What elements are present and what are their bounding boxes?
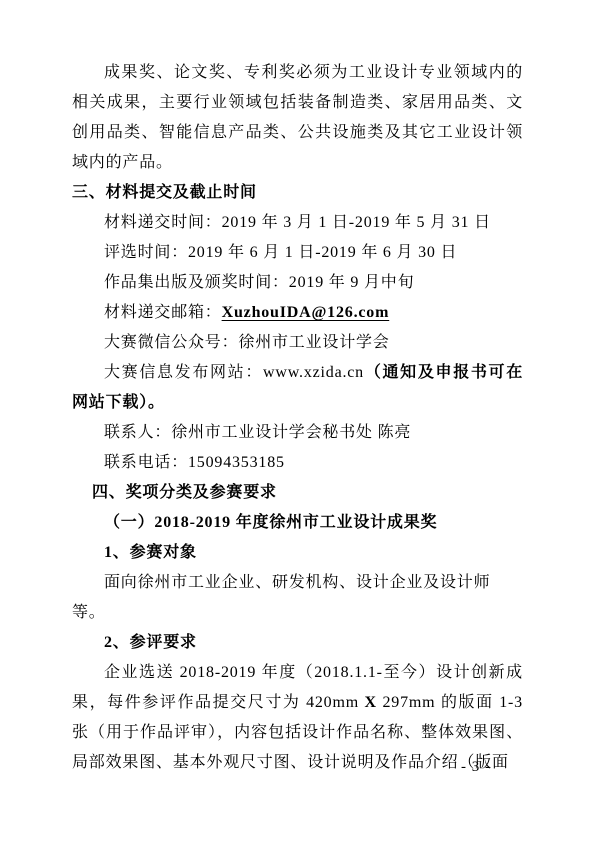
email-link[interactable]: XuzhouIDA@126.com	[222, 304, 390, 321]
heading-section-3: 三、材料提交及截止时间	[72, 178, 523, 208]
text-run: 材料递交邮箱：	[104, 304, 222, 321]
text-run: 域内的产品。	[72, 154, 173, 171]
text-run: 作品集出版及颁奖时间：2019 年 9 月中旬	[104, 274, 414, 291]
heading-participants: 1、参赛对象	[72, 538, 523, 568]
para-scope-line-1: 成果奖、论文奖、专利奖必须为工业设计专业领域内的	[72, 58, 523, 88]
text-run: 大赛微信公众号：徐州市工业设计学会	[104, 334, 390, 351]
text-run: （通知及申报书可在	[364, 364, 523, 381]
document-content: 成果奖、论文奖、专利奖必须为工业设计专业领域内的相关成果，主要行业领域包括装备制…	[72, 58, 523, 778]
heading-section-4: 四、奖项分类及参赛要求	[92, 478, 523, 508]
text-run: 2、参评要求	[104, 634, 197, 651]
line-participants: 面向徐州市工业企业、研发机构、设计企业及设计师等。	[72, 568, 523, 628]
line-website-2: 网站下载）。	[72, 388, 523, 418]
line-material-submission-time: 材料递交时间：2019 年 3 月 1 日-2019 年 5 月 31 日	[72, 208, 523, 238]
text-run: 张（用于作品评审），内容包括设计作品名称、整体效果图、	[72, 724, 523, 741]
text-run: 297mm 的版面 1-3	[377, 694, 523, 711]
text-run: 成果奖、论文奖、专利奖必须为工业设计专业领域内的	[104, 64, 523, 81]
para-scope-line-4: 域内的产品。	[72, 148, 523, 178]
para-requirements-line-2: 果，每件参评作品提交尺寸为 420mm X 297mm 的版面 1-3	[72, 688, 523, 718]
text-run: 企业选送 2018-2019 年度（2018.1.1-至今）设计创新成	[104, 664, 523, 681]
text-run: 局部效果图、基本外观尺寸图、设计说明及作品介绍（版面	[72, 754, 509, 771]
line-wechat-account: 大赛微信公众号：徐州市工业设计学会	[72, 328, 523, 358]
para-requirements-line-3: 张（用于作品评审），内容包括设计作品名称、整体效果图、	[72, 718, 523, 748]
text-run: 创用品类、智能信息产品类、公共设施类及其它工业设计领	[72, 124, 523, 141]
text-run: 面向徐州市工业企业、研发机构、设计企业及设计师等。	[72, 574, 490, 621]
line-contact-phone: 联系电话：15094353185	[72, 448, 523, 478]
text-run: 三、材料提交及截止时间	[72, 184, 257, 201]
text-run: 四、奖项分类及参赛要求	[92, 484, 277, 501]
text-run: 网站下载）。	[72, 394, 165, 411]
text-run: 果，每件参评作品提交尺寸为 420mm	[72, 694, 365, 711]
text-run: 联系电话：15094353185	[104, 454, 285, 471]
line-contact-person: 联系人：徐州市工业设计学会秘书处 陈亮	[72, 418, 523, 448]
text-run: 相关成果，主要行业领域包括装备制造类、家居用品类、文	[72, 94, 523, 111]
page-number: - 3 -	[446, 757, 506, 777]
text-run: 1、参赛对象	[104, 544, 197, 561]
website-text: 大赛信息发布网站：www.xzida.cn	[104, 364, 364, 381]
text-run: X	[365, 694, 377, 711]
para-scope-line-3: 创用品类、智能信息产品类、公共设施类及其它工业设计领	[72, 118, 523, 148]
heading-entry-requirements: 2、参评要求	[72, 628, 523, 658]
text-run: 材料递交时间：2019 年 3 月 1 日-2019 年 5 月 31 日	[104, 214, 491, 231]
heading-award-category-1: （一）2018-2019 年度徐州市工业设计成果奖	[72, 508, 523, 538]
line-website-1: 大赛信息发布网站：www.xzida.cn（通知及申报书可在	[72, 358, 523, 388]
line-submission-email: 材料递交邮箱：XuzhouIDA@126.com	[72, 298, 523, 328]
line-publication-award-time: 作品集出版及颁奖时间：2019 年 9 月中旬	[72, 268, 523, 298]
document-page: 成果奖、论文奖、专利奖必须为工业设计专业领域内的相关成果，主要行业领域包括装备制…	[0, 0, 595, 842]
para-requirements-line-1: 企业选送 2018-2019 年度（2018.1.1-至今）设计创新成	[72, 658, 523, 688]
para-scope-line-2: 相关成果，主要行业领域包括装备制造类、家居用品类、文	[72, 88, 523, 118]
text-run: 评选时间：2019 年 6 月 1 日-2019 年 6 月 30 日	[104, 244, 457, 261]
line-review-time: 评选时间：2019 年 6 月 1 日-2019 年 6 月 30 日	[72, 238, 523, 268]
text-run: （一）2018-2019 年度徐州市工业设计成果奖	[104, 514, 437, 531]
text-run: 联系人：徐州市工业设计学会秘书处 陈亮	[104, 424, 411, 441]
